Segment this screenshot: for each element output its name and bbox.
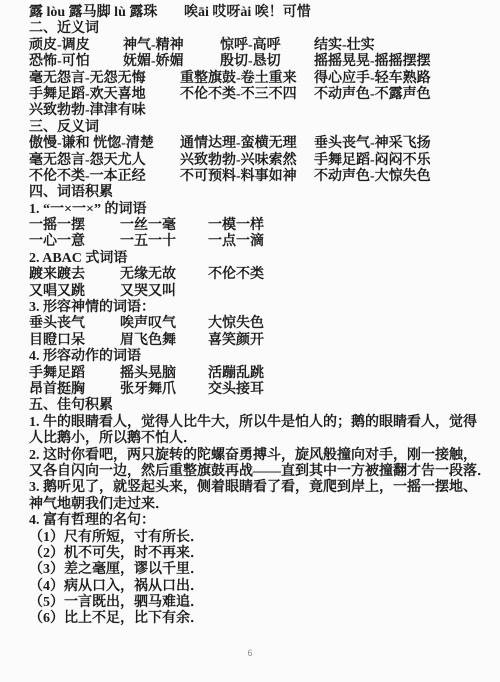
idiom-row: 目瞪口呆眉飞色舞喜笑颜开 bbox=[29, 333, 494, 349]
section-heading-word-accumulation: 四、词语积累 bbox=[29, 185, 494, 201]
phrase: 又各自闪向一边，然后重整旗鼓再战——直到其中一方被撞翻才告一段落． bbox=[29, 464, 491, 480]
phrase: 张牙舞爪 bbox=[120, 382, 208, 398]
phrase: 一丝一毫 bbox=[120, 218, 208, 234]
phrase: 垂头丧气-神采飞扬 bbox=[314, 136, 431, 152]
proverb-line: （4）病从口入，祸从口出． bbox=[29, 579, 494, 595]
phrase: 摇摇晃晃-摇摇摆摆 bbox=[314, 54, 431, 70]
subsection-heading: 3. 形容神情的词语： bbox=[29, 300, 494, 316]
phrase: 眉飞色舞 bbox=[120, 333, 208, 349]
phrase: （2）机不可失，时不再来． bbox=[29, 546, 204, 562]
phrase: 垂头丧气 bbox=[29, 316, 120, 332]
phrase: 不动声色-大惊失色 bbox=[314, 169, 431, 185]
page-number: 6 bbox=[0, 648, 500, 658]
phrase: （3）差之毫厘，谬以千里． bbox=[29, 562, 204, 578]
sentence-line: 神气地朝我们走过来． bbox=[29, 497, 494, 513]
synonym-pairs-row: 手舞足蹈-欢天喜地不伦不类-不三不四不动声色-不露声色 bbox=[29, 87, 494, 103]
phrase: 又唱又跳 bbox=[29, 284, 120, 300]
phrase: 不伦不类-一本正经 bbox=[29, 169, 180, 185]
synonym-pairs-row: 恐怖-可怕妩媚-娇媚殷切-恳切摇摇晃晃-摇摇摆摆 bbox=[29, 54, 494, 70]
pronunciation-notes: 露 lòu 露马脚 lù 露珠唉āi 哎呀ài 唉！可惜 bbox=[29, 5, 494, 21]
phrase: 惊呼-高呼 bbox=[220, 38, 314, 54]
phrase: 手舞足蹈-欢天喜地 bbox=[29, 87, 180, 103]
idiom-row: 手舞足蹈摇头晃脑活蹦乱跳 bbox=[29, 366, 494, 382]
phrase: （5）一言既出，驷马难追． bbox=[29, 595, 204, 611]
phrase: （6）比上不足，比下有余． bbox=[29, 611, 204, 627]
phrase: 五、佳句积累 bbox=[29, 398, 113, 414]
phrase: 神气地朝我们走过来． bbox=[29, 497, 169, 513]
scanned-document-page: 露 lòu 露马脚 lù 露珠唉āi 哎呀ài 唉！可惜二、近义词顽皮-调皮神气… bbox=[0, 0, 500, 682]
phrase: 四、词语积累 bbox=[29, 185, 113, 201]
sentence-line: 3. 鹅听见了，就竖起头来，侧着眼睛看了看，竟爬到岸上，一摇一摆地、 bbox=[29, 480, 494, 496]
phrase: 毫无怨言-怨天尤人 bbox=[29, 153, 180, 169]
idiom-row: 一摇一摆一丝一毫一模一样 bbox=[29, 218, 494, 234]
sentence-line: 1. 牛的眼睛看人，觉得人比牛大，所以牛是怕人的；鹅的眼睛看人，觉得 bbox=[29, 415, 494, 431]
proverb-line: （6）比上不足，比下有余． bbox=[29, 611, 494, 627]
phrase: 一模一样 bbox=[208, 218, 264, 234]
phrase: 恐怖-可怕 bbox=[29, 54, 123, 70]
phrase: 不动声色-不露声色 bbox=[314, 87, 431, 103]
phrase: 不伦不类-不三不四 bbox=[180, 87, 314, 103]
synonym-pairs-row: 顽皮-调皮神气-精神惊呼-高呼结实-壮实 bbox=[29, 38, 494, 54]
phrase: 2. ABAC 式词语 bbox=[29, 251, 127, 267]
phrase: 1. “一×一×” 的词语 bbox=[29, 202, 146, 218]
phrase: 一点一滴 bbox=[208, 234, 264, 250]
subsection-heading: 4. 富有哲理的名句： bbox=[29, 513, 494, 529]
proverb-line: （2）机不可失，时不再来． bbox=[29, 546, 494, 562]
sentence-line: 2. 这时你看吧，两只旋转的陀螺奋勇搏斗，旋风般撞向对手，刚一接触， bbox=[29, 448, 494, 464]
phrase: 喜笑颜开 bbox=[208, 333, 264, 349]
phrase: 二、近义词 bbox=[29, 21, 99, 37]
antonym-pairs-row: 傲慢-谦和 恍惚-清楚通情达理-蛮横无理垂头丧气-神采飞扬 bbox=[29, 136, 494, 152]
phrase: 唉声叹气 bbox=[120, 316, 208, 332]
phrase: 手舞足蹈-闷闷不乐 bbox=[314, 153, 431, 169]
phrase: 3. 鹅听见了，就竖起头来，侧着眼睛看了看，竟爬到岸上，一摇一摆地、 bbox=[29, 480, 477, 496]
proverb-line: （1）尺有所短，寸有所长． bbox=[29, 530, 494, 546]
phrase: 不可预料-料事如神 bbox=[180, 169, 314, 185]
phrase: 一摇一摆 bbox=[29, 218, 120, 234]
phrase: 通情达理-蛮横无理 bbox=[180, 136, 314, 152]
sentence-line: 人比鹅小，所以鹅不怕人． bbox=[29, 431, 494, 447]
phrase: 兴致勃勃-津津有味 bbox=[29, 103, 146, 119]
phrase: 4. 富有哲理的名句： bbox=[29, 513, 155, 529]
proverb-line: （3）差之毫厘，谬以千里． bbox=[29, 562, 494, 578]
phrase: （4）病从口入，祸从口出． bbox=[29, 579, 204, 595]
antonym-pairs-row: 毫无怨言-怨天尤人兴致勃勃-兴味索然手舞足蹈-闷闷不乐 bbox=[29, 153, 494, 169]
phrase: 不伦不类 bbox=[208, 267, 264, 283]
phrase: （1）尺有所短，寸有所长． bbox=[29, 530, 204, 546]
phrase: 结实-壮实 bbox=[314, 38, 375, 54]
phrase: 摇头晃脑 bbox=[120, 366, 208, 382]
phrase: 1. 牛的眼睛看人，觉得人比牛大，所以牛是怕人的；鹅的眼睛看人，觉得 bbox=[29, 415, 477, 431]
idiom-row: 又唱又跳又哭又叫 bbox=[29, 284, 494, 300]
phrase: 露 lòu 露马脚 lù 露珠 bbox=[29, 5, 184, 21]
subsection-heading: 1. “一×一×” 的词语 bbox=[29, 202, 494, 218]
phrase: 三、反义词 bbox=[29, 120, 99, 136]
phrase: 唉āi 哎呀ài 唉！可惜 bbox=[184, 5, 311, 21]
phrase: 2. 这时你看吧，两只旋转的陀螺奋勇搏斗，旋风般撞向对手，刚一接触， bbox=[29, 448, 477, 464]
phrase: 又哭又叫 bbox=[120, 284, 208, 300]
idiom-row: 昂首挺胸张牙舞爪交头接耳 bbox=[29, 382, 494, 398]
phrase: 得心应手-轻车熟路 bbox=[314, 71, 431, 87]
phrase: 交头接耳 bbox=[208, 382, 264, 398]
synonym-pairs-row: 兴致勃勃-津津有味 bbox=[29, 103, 494, 119]
subsection-heading: 2. ABAC 式词语 bbox=[29, 251, 494, 267]
phrase: 人比鹅小，所以鹅不怕人． bbox=[29, 431, 197, 447]
section-heading-sentence-accumulation: 五、佳句积累 bbox=[29, 398, 494, 414]
phrase: 4. 形容动作的词语 bbox=[29, 349, 141, 365]
phrase: 无缘无故 bbox=[120, 267, 208, 283]
phrase: 手舞足蹈 bbox=[29, 366, 120, 382]
phrase: 一心一意 bbox=[29, 234, 120, 250]
phrase: 活蹦乱跳 bbox=[208, 366, 264, 382]
section-heading-antonyms: 三、反义词 bbox=[29, 120, 494, 136]
phrase: 踱来踱去 bbox=[29, 267, 120, 283]
subsection-heading: 4. 形容动作的词语 bbox=[29, 349, 494, 365]
document-body: 露 lòu 露马脚 lù 露珠唉āi 哎呀ài 唉！可惜二、近义词顽皮-调皮神气… bbox=[29, 5, 494, 628]
proverb-line: （5）一言既出，驷马难追． bbox=[29, 595, 494, 611]
phrase: 妩媚-娇媚 bbox=[123, 54, 220, 70]
phrase: 目瞪口呆 bbox=[29, 333, 120, 349]
phrase: 兴致勃勃-兴味索然 bbox=[180, 153, 314, 169]
phrase: 毫无怨言-无怨无悔 bbox=[29, 71, 180, 87]
synonym-pairs-row: 毫无怨言-无怨无悔重整旗鼓-卷土重来得心应手-轻车熟路 bbox=[29, 71, 494, 87]
sentence-line: 又各自闪向一边，然后重整旗鼓再战——直到其中一方被撞翻才告一段落． bbox=[29, 464, 494, 480]
phrase: 重整旗鼓-卷土重来 bbox=[180, 71, 314, 87]
phrase: 殷切-恳切 bbox=[220, 54, 314, 70]
phrase: 3. 形容神情的词语： bbox=[29, 300, 155, 316]
phrase: 一五一十 bbox=[120, 234, 208, 250]
phrase: 顽皮-调皮 bbox=[29, 38, 123, 54]
antonym-pairs-row: 不伦不类-一本正经不可预料-料事如神不动声色-大惊失色 bbox=[29, 169, 494, 185]
phrase: 昂首挺胸 bbox=[29, 382, 120, 398]
section-heading-synonyms: 二、近义词 bbox=[29, 21, 494, 37]
phrase: 大惊失色 bbox=[208, 316, 264, 332]
phrase: 神气-精神 bbox=[123, 38, 220, 54]
phrase: 傲慢-谦和 恍惚-清楚 bbox=[29, 136, 180, 152]
idiom-row: 一心一意一五一十一点一滴 bbox=[29, 234, 494, 250]
idiom-row: 垂头丧气唉声叹气大惊失色 bbox=[29, 316, 494, 332]
idiom-row: 踱来踱去无缘无故不伦不类 bbox=[29, 267, 494, 283]
